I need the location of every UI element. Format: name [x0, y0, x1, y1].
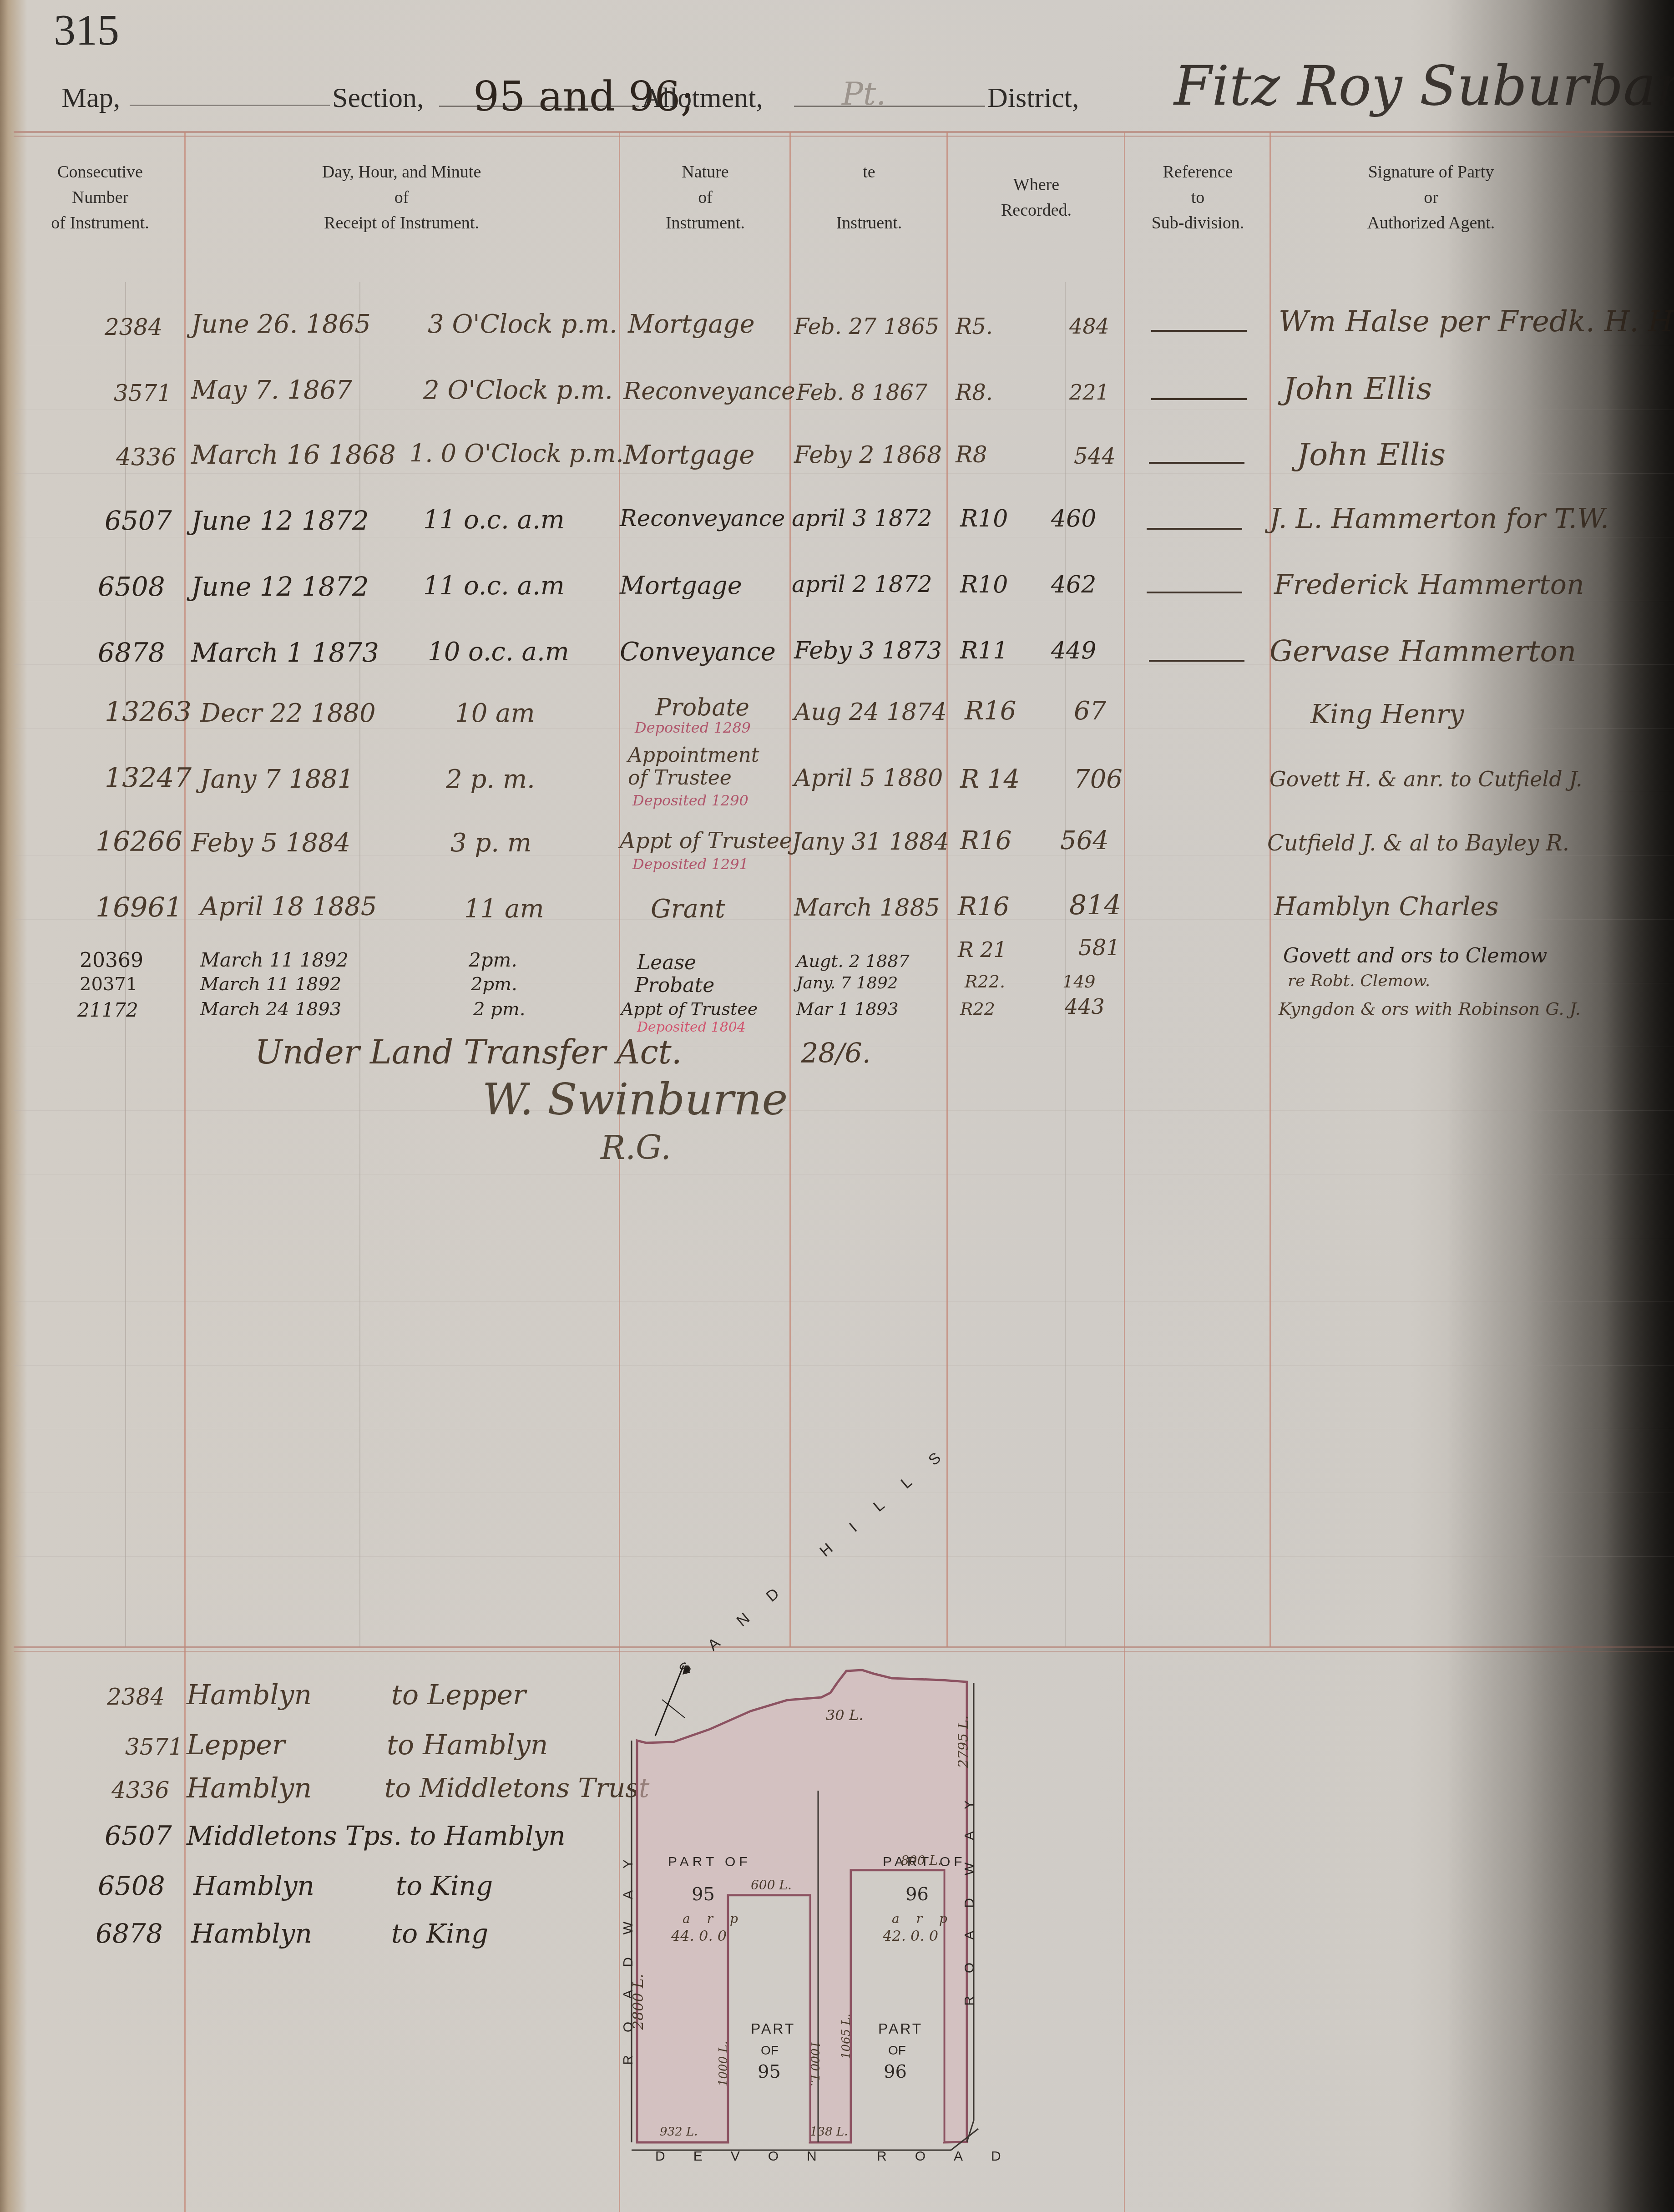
- header-line: Receipt of Instrument.: [187, 210, 617, 236]
- page-number: 315: [54, 5, 119, 55]
- transfer-number: 3571: [125, 1734, 183, 1760]
- instrument-number: 4336: [116, 444, 176, 471]
- map-label-sand-hills: SAND HILLS: [676, 1432, 966, 1679]
- transfer-number: 2384: [107, 1684, 165, 1710]
- folio: 581: [1078, 935, 1120, 961]
- reference-dash: [1151, 398, 1247, 400]
- instrument-number: 20369: [80, 949, 143, 972]
- ruled-line: [14, 473, 1674, 474]
- part-95-number: 95: [758, 2061, 781, 2082]
- header-line: of: [187, 185, 617, 210]
- transfer-to: to Hamblyn: [387, 1729, 548, 1761]
- reference-dash: [1149, 462, 1244, 464]
- instrument-date: Feby 3 1873: [794, 637, 942, 664]
- section-rule: [14, 1651, 1674, 1652]
- parcel-96-units: a r p: [892, 1911, 954, 1926]
- header-line: Instrument.: [621, 210, 789, 236]
- map-measure-left: 2800 L.: [629, 1974, 647, 2030]
- instrument-nature-note: Deposited 1289: [635, 719, 751, 736]
- receipt-date: March 11 1892: [200, 949, 349, 971]
- signature: King Henry: [1310, 699, 1464, 729]
- instrument-number: 16961: [96, 892, 182, 924]
- instrument-nature: Mortgage: [620, 571, 742, 600]
- closing-note-text: Under Land Transfer Act.: [255, 1033, 682, 1071]
- measure-part95-left: 1000 L.: [717, 2041, 730, 2086]
- receipt-date: Decr 22 1880: [200, 699, 376, 728]
- transfer-to: to Lepper: [391, 1679, 526, 1711]
- column-divider: [789, 132, 791, 1647]
- column-header-reference: Reference to Sub-division.: [1126, 159, 1269, 236]
- instrument-date: April 5 1880: [794, 764, 943, 792]
- instrument-number: 2384: [105, 314, 162, 340]
- instrument-nature-note: Deposited 1291: [632, 855, 748, 873]
- header-line: Where: [949, 172, 1124, 197]
- folio: 484: [1069, 314, 1109, 339]
- header-line: of: [621, 185, 789, 210]
- receipt-time: 3 p. m: [450, 828, 531, 858]
- folio: 814: [1069, 890, 1122, 921]
- instrument-number: 13247: [105, 762, 192, 794]
- instrument-nature: Probate: [635, 974, 714, 997]
- receipt-date: March 16 1868: [191, 439, 396, 470]
- measure-part95-right: 1000 L.: [808, 2041, 821, 2086]
- parcel-95-number: 95: [692, 1884, 715, 1905]
- transfer-from: Lepper: [187, 1729, 285, 1761]
- ruled-line: [14, 1301, 1674, 1302]
- ledger-page: 315 Map, Section, 95 and 96; Allotment, …: [0, 0, 1674, 2212]
- map-label: Map,: [61, 82, 120, 114]
- transfer-number: 4336: [111, 1777, 169, 1803]
- part-96-number: 96: [884, 2061, 907, 2082]
- header-line: Sub-division.: [1126, 210, 1269, 236]
- ruled-line: [14, 1174, 1674, 1174]
- register: R8: [956, 441, 987, 468]
- header-rule: [14, 136, 1674, 137]
- transfer-to: to King: [391, 1918, 488, 1949]
- receipt-date: April 18 1885: [200, 892, 377, 921]
- instrument-date: Mar 1 1893: [796, 999, 899, 1019]
- signature: John Ellis: [1297, 437, 1446, 473]
- section-field-line: [439, 106, 639, 107]
- instrument-date: Feb. 8 1867: [796, 380, 927, 405]
- instrument-date: april 3 1872: [792, 505, 932, 531]
- header-line: to: [1126, 185, 1269, 210]
- ruled-line: [14, 1110, 1674, 1111]
- folio: 443: [1065, 994, 1105, 1019]
- registrar-title: R.G.: [601, 1129, 671, 1167]
- receipt-time: 11 am: [464, 894, 544, 924]
- folio: 460: [1051, 505, 1096, 532]
- map-label-devon-road: DEVON ROAD: [655, 2149, 1029, 2164]
- register: R16: [965, 696, 1016, 726]
- instrument-number: 16266: [96, 826, 182, 858]
- instrument-number: 3571: [114, 380, 172, 406]
- header-line: te: [792, 159, 946, 185]
- receipt-time: 2pm.: [469, 949, 517, 971]
- folio: 462: [1051, 571, 1096, 598]
- receipt-date: June 12 1872: [191, 505, 369, 536]
- receipt-date: Jany 7 1881: [200, 764, 354, 794]
- transfer-from: Hamblyn: [193, 1870, 314, 1901]
- measure-part96-left: 1065 L.: [840, 2014, 853, 2059]
- receipt-time: 2pm.: [471, 974, 517, 995]
- receipt-time: 10 am: [455, 699, 535, 728]
- registrar-signature: W. Swinburne: [482, 1074, 788, 1125]
- instrument-date: Augt. 2 1887: [796, 951, 910, 971]
- allotment-label: Allotment,: [642, 82, 763, 114]
- header-line: Day, Hour, and Minute: [187, 159, 617, 185]
- instrument-nature: Grant: [651, 894, 725, 924]
- column-header-date: te Instruent.: [792, 159, 946, 236]
- measure-bottom-left: 932 L.: [660, 2125, 698, 2139]
- map-label-left-road: ROADWAY: [621, 1837, 636, 2065]
- column-divider: [1124, 132, 1125, 2212]
- header-line: Nature: [621, 159, 789, 185]
- register: R11: [960, 637, 1008, 664]
- transfer-number: 6508: [98, 1870, 165, 1901]
- section-rule: [14, 1646, 1674, 1648]
- column-header-where: Where Recorded.: [949, 172, 1124, 223]
- sub-column-line: [1065, 282, 1066, 1647]
- register: R 21: [958, 937, 1007, 962]
- register: R5.: [956, 314, 993, 339]
- measure-part95-top: 600 L.: [751, 1878, 792, 1893]
- instrument-nature: Appointment of Trustee: [628, 744, 778, 790]
- header-line: Consecutive: [18, 159, 182, 185]
- reference-dash: [1149, 660, 1244, 662]
- part-96-of: OF: [888, 2043, 906, 2058]
- header-line: [792, 185, 946, 210]
- reference-dash: [1151, 330, 1247, 332]
- instrument-date: Aug 24 1874: [794, 699, 947, 726]
- instrument-nature: Lease: [637, 951, 696, 974]
- ruled-line: [14, 1238, 1674, 1238]
- transfer-to: to King: [396, 1870, 493, 1901]
- measure-bottom-mid: 138 L.: [810, 2125, 848, 2139]
- parcel-96-number: 96: [905, 1884, 929, 1905]
- instrument-date: Feby 2 1868: [794, 441, 942, 469]
- transfer-to: to Hamblyn: [410, 1820, 566, 1851]
- instrument-nature-note: Deposited 1290: [632, 792, 748, 809]
- receipt-time: 1. 0 O'Clock p.m.: [410, 439, 624, 468]
- receipt-date: June 12 1872: [191, 571, 369, 602]
- folio: 564: [1060, 826, 1109, 855]
- folio: 221: [1069, 380, 1109, 405]
- ruled-line: [14, 537, 1674, 537]
- register: R22.: [965, 972, 1005, 992]
- instrument-number: 13263: [105, 696, 192, 728]
- map-label-right-road: ROADWAY: [962, 1777, 977, 2006]
- section-label: Section,: [332, 82, 424, 114]
- survey-plan: SAND HILLS 30 L. ROADWAY ROADWAY DEVON R…: [619, 1665, 1119, 2166]
- column-divider: [946, 132, 948, 1647]
- page-gutter-shadow: [1446, 0, 1674, 2212]
- receipt-date: March 24 1893: [200, 999, 341, 1020]
- part-95-of: OF: [761, 2043, 779, 2058]
- folio: 449: [1051, 637, 1096, 664]
- receipt-date: Feby 5 1884: [191, 828, 350, 858]
- part-96-label: PART: [878, 2020, 923, 2037]
- receipt-time: 10 o.c. a.m: [428, 637, 569, 667]
- instrument-date: Feb. 27 1865: [794, 314, 939, 339]
- instrument-number: 6508: [98, 571, 165, 602]
- receipt-date: May 7. 1867: [191, 375, 352, 405]
- transfer-from: Hamblyn: [187, 1772, 312, 1804]
- instrument-nature: Mortgage: [623, 439, 755, 470]
- parcel-95-label: PART OF: [668, 1854, 751, 1870]
- ruled-line: [14, 1556, 1674, 1557]
- instrument-date: april 2 1872: [792, 571, 932, 597]
- header-line: Instruent.: [792, 210, 946, 236]
- sub-column-line: [359, 282, 360, 1647]
- transfer-number: 6878: [96, 1918, 163, 1949]
- map-measure-top: 30 L.: [826, 1706, 863, 1724]
- folio: 544: [1074, 444, 1116, 469]
- transfer-number: 6507: [105, 1820, 172, 1851]
- column-divider: [184, 132, 186, 2212]
- closing-note-ref: 28/6.: [801, 1038, 871, 1069]
- receipt-date: March 1 1873: [191, 637, 379, 668]
- ruled-line: [14, 1365, 1674, 1366]
- instrument-nature: Appt of Trustee: [620, 828, 792, 854]
- map-field-line: [130, 105, 330, 106]
- folio: 706: [1074, 764, 1123, 794]
- signature: John Ellis: [1283, 371, 1432, 407]
- district-label: District,: [987, 82, 1079, 114]
- instrument-number: 6878: [98, 637, 165, 668]
- column-header-receipt: Day, Hour, and Minute of Receipt of Inst…: [187, 159, 617, 236]
- instrument-number: 6507: [105, 505, 172, 536]
- register: R10: [960, 571, 1008, 598]
- receipt-time: 3 O'Clock p.m.: [428, 309, 617, 339]
- map-measure-right: 2795 L.: [956, 1716, 971, 1768]
- instrument-nature: Reconveyance: [623, 378, 795, 405]
- column-divider: [1269, 132, 1271, 1647]
- register: R16: [960, 826, 1011, 855]
- register: R8.: [956, 380, 993, 405]
- receipt-date: June 26. 1865: [191, 309, 371, 339]
- receipt-time: 2 O'Clock p.m.: [423, 375, 613, 405]
- instrument-nature: Reconveyance: [620, 505, 785, 531]
- receipt-time: 11 o.c. a.m: [423, 571, 565, 601]
- parcel-95-units: a r p: [683, 1911, 744, 1926]
- signature: re Robt. Clemow.: [1288, 972, 1430, 990]
- receipt-time: 2 pm.: [473, 999, 525, 1020]
- register: R22: [960, 999, 995, 1019]
- part-95-label: PART: [751, 2020, 795, 2037]
- register: R16: [958, 892, 1009, 921]
- instrument-nature: Mortgage: [628, 309, 755, 339]
- header-rule: [14, 131, 1674, 133]
- header-line: Reference: [1126, 159, 1269, 185]
- ruled-line: [14, 1493, 1674, 1493]
- instrument-date: Jany. 7 1892: [796, 974, 898, 992]
- receipt-date: March 11 1892: [200, 974, 341, 995]
- transfer-from: Hamblyn: [191, 1918, 312, 1949]
- instrument-nature: Probate: [655, 694, 749, 721]
- instrument-date: March 1885: [794, 894, 940, 921]
- reference-dash: [1147, 592, 1242, 593]
- ruled-line: [14, 410, 1674, 410]
- header-line: of Instrument.: [18, 210, 182, 236]
- instrument-number: 21172: [77, 999, 138, 1021]
- ruled-line: [14, 346, 1674, 346]
- instrument-date: Jany 31 1884: [792, 828, 949, 855]
- transfer-from: Hamblyn: [187, 1679, 312, 1711]
- transfer-to: to Middletons Trust: [384, 1772, 649, 1803]
- measure-part96-top: 800 L.: [901, 1853, 942, 1868]
- parcel-96-area: 42. 0. 0: [883, 1927, 938, 1944]
- transfer-from: Middletons Tps.: [187, 1820, 402, 1851]
- allotment-field-line: [794, 106, 985, 107]
- parcel-95-area: 44. 0. 0: [671, 1927, 727, 1944]
- column-header-number: Consecutive Number of Instrument.: [18, 159, 182, 236]
- folio: 67: [1074, 696, 1106, 726]
- ruled-line: [14, 1429, 1674, 1429]
- instrument-nature: Conveyance: [620, 637, 776, 667]
- instrument-number: 20371: [80, 974, 137, 995]
- register: R 14: [960, 764, 1020, 794]
- header-line: Recorded.: [949, 197, 1124, 223]
- column-header-nature: Nature of Instrument.: [621, 159, 789, 236]
- register: R10: [960, 505, 1008, 532]
- header-line: Number: [18, 185, 182, 210]
- receipt-time: 2 p. m.: [446, 764, 535, 794]
- folio: 149: [1062, 972, 1096, 992]
- receipt-time: 11 o.c. a.m: [423, 505, 565, 535]
- instrument-nature: Appt of Trustee: [621, 999, 758, 1019]
- reference-dash: [1147, 528, 1242, 530]
